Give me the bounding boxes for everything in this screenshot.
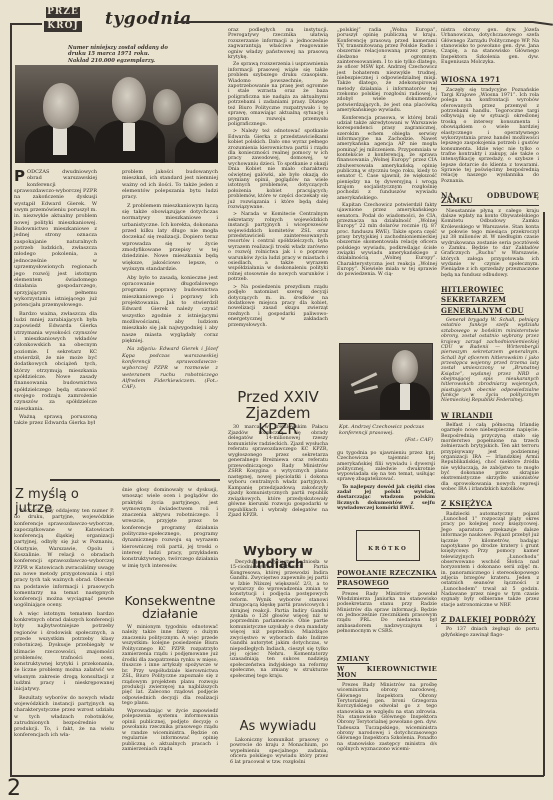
section-divider: [50, 479, 220, 481]
frame-right-rule: [543, 212, 545, 776]
paragraph: Prezes Rady Ministrów na prośbę wicemini…: [337, 683, 437, 752]
headline-konsekwentne: Konsekwentne działanie: [122, 594, 218, 620]
lead-paragraph: problem jakości budowanych mieszkań, ich…: [122, 169, 218, 201]
paragraph: W minionym tygodniu odnotować należy tak…: [122, 625, 218, 707]
lead-paragraph: Aby było to zasadą, konieczne jest oprac…: [122, 275, 218, 345]
lead-paragraph: Z problemem mieszkaniowym łączą się takż…: [122, 203, 218, 273]
czechowicz-photo: [339, 343, 433, 420]
frame-top-left-rule: [10, 23, 42, 25]
paragraph: > Należy też odnotować spotkanie Edwarda…: [228, 129, 328, 210]
paragraph: W chwili, gdy oddajemy ten numer P. do d…: [14, 508, 114, 609]
paragraph: oraz podległych mu instytucji. Prerogaty…: [228, 28, 328, 60]
lead-paragraph: Bardzo ważna, zwłaszcza dla ludzi mniej …: [14, 311, 97, 413]
top-rule: [175, 21, 533, 23]
paragraph: Generał brygady W. Schall, pełniący osta…: [441, 318, 539, 404]
paragraph: gu tygodnia po ujawnieniu przez kpt. Cze…: [337, 451, 435, 483]
dropcap: P: [14, 170, 25, 183]
section-title: tygodnia: [105, 9, 192, 29]
item-title: NA ODBUDOWĘ ZAMKU: [441, 193, 539, 206]
paragraph: Prezes Rady Ministrów powołał Włodzimier…: [337, 592, 437, 635]
logo-bottom: KRÓJ: [44, 21, 82, 32]
column3-top: oraz podległych mu instytucji. Prerogaty…: [228, 28, 328, 330]
paragraph: śnie głosy dominowały w dyskusji, wnoszą…: [122, 487, 218, 569]
paragraph: Nieustannie płyną z całego kraju dalsze …: [441, 209, 539, 278]
item-title: W KIEROWNICTWIE MON: [337, 667, 437, 680]
column4-top: „polskiej” radia „Wolna Europa”, poruszy…: [337, 28, 437, 280]
item-title: Z DALEKIEJ PODRÓŻY: [441, 617, 536, 624]
page-number: 2: [7, 776, 21, 800]
item-title: WIOSNA 1971: [441, 77, 500, 84]
paragraph: Radziecki automatyczny pojazd „Łunochod …: [441, 512, 539, 608]
logo-top: PRZE: [46, 7, 80, 18]
paragraph: Lakoniczny komunikat prasowy o powrocie …: [230, 738, 328, 765]
lead-article-col1: P ODCZAS dwudniowych obrad warszawskiej …: [14, 169, 97, 429]
lead-paragraph: ODCZAS dwudniowych obrad warszawskiej ko…: [14, 169, 97, 309]
article-przed-zjazdem: 30 marca w kremlowskim Pałacu Zjazdów ro…: [228, 425, 328, 521]
photo-caption: Na zdjęciu: Edward Gierek i Józef Kępa p…: [122, 346, 218, 390]
paragraph: > Narada w Komitecie Centralnym sekretar…: [228, 212, 328, 282]
top-rule-corner: [533, 21, 553, 25]
frame-bottom-rule: [10, 775, 544, 777]
paragraph: Zaczęły się tradycyjne Poznańskie Targi …: [441, 88, 539, 184]
item-title: Z KSIĘŻYCA: [441, 501, 492, 508]
paragraph: A więc istotnym tematem bardzo konkretny…: [14, 611, 114, 693]
krotko-label: KRÓTKO: [357, 546, 419, 552]
paragraph: > Na posiedzeniu prezydium rządu podjęło…: [228, 285, 328, 328]
headline-line: działanie: [122, 607, 218, 620]
paragraph: Konferencja prasowa, w której brali udzi…: [337, 116, 437, 202]
column5: nistra obrony gen. dyw. Józefa Urbanowic…: [441, 28, 539, 640]
paragraph: nistra obrony gen. dyw. Józefa Urbanowic…: [441, 28, 539, 65]
przeglad-logo: PRZE KRÓJ: [44, 7, 82, 35]
krotko-item-zmiany: ZMIANY W KIEROWNICTWIE MON Prezes Rady M…: [337, 657, 437, 755]
item-title: GENERALNYM CDU: [441, 308, 524, 315]
paragraph: Rezultaty wyborów do nowych władz wojewó…: [14, 695, 114, 739]
article-z-mysla-col1: W chwili, gdy oddajemy ten numer P. do d…: [14, 508, 114, 741]
column4-after-photo: gu tygodnia po ujawnieniu przez kpt. Cze…: [337, 451, 435, 513]
article-as-wywiadu: Lakoniczny komunikat prasowy o powrocie …: [230, 738, 328, 767]
krotko-box: KRÓTKO: [356, 530, 420, 561]
photo-caption: Kpt. Andrzej Czechowicz podczas konferen…: [339, 424, 433, 437]
item-title: PRASOWEGO: [337, 581, 389, 588]
paragraph: 30 marca w kremlowskim Pałacu Zjazdów ro…: [228, 425, 328, 519]
lead-article-col2: problem jakości budowanych mieszkań, ich…: [122, 169, 218, 393]
item-title: W IRLANDII: [441, 413, 493, 420]
paragraph: Kapitan Czechowicz potwierdził fakty uja…: [337, 203, 437, 278]
paragraph: Po 137 dniach żeglugi do portu gdyńskieg…: [441, 627, 539, 638]
paragraph: To najlepszy dowód jak ciężki cios zadał…: [337, 485, 435, 511]
main-photo: [15, 65, 218, 163]
headline-as-wywiadu: As wywiadu: [228, 720, 328, 734]
paragraph: Wprowadzając w życie zapowiedź polepszen…: [122, 709, 218, 753]
article-konsekwentne: W minionym tygodniu odnotować należy tak…: [122, 625, 218, 754]
item-title: POWOŁANIE RZECZNIKA: [337, 571, 437, 578]
frame-left-rule: [10, 23, 12, 775]
item-title: ZMIANY: [337, 657, 369, 664]
paragraph: Decydujące zwycięstwo odniosła w 15-ciod…: [230, 560, 328, 679]
photo-credit: (Fot.: CAF): [339, 437, 433, 443]
lead-paragraph: Ważną sprawą poruszoną także przez Edwar…: [14, 414, 97, 427]
article-z-mysla-col2: śnie głosy dominowały w dyskusji, wnoszą…: [122, 487, 218, 571]
paragraph: Belfast i całą północną Irlandię ogarnęł…: [441, 423, 539, 492]
article-wybory: Decydujące zwycięstwo odniosła w 15-ciod…: [230, 560, 328, 681]
item-title: SEKRETARZEM: [441, 297, 506, 304]
krotko-item-rzecznik: POWOŁANIE RZECZNIKA PRASOWEGO Prezes Rad…: [337, 571, 437, 636]
issue-note: Numer niniejszy został oddany do druku 1…: [68, 45, 172, 64]
paragraph: „polskiej” radia „Wolna Europa”, poruszy…: [337, 28, 437, 114]
item-title: HITLEROWIEC: [441, 287, 504, 294]
newspaper-page: PRZE KRÓJ tygodnia Numer niniejszy zosta…: [0, 0, 553, 800]
paragraph: Ze sprawą rozszerzenia i usprawnienia in…: [228, 62, 328, 127]
